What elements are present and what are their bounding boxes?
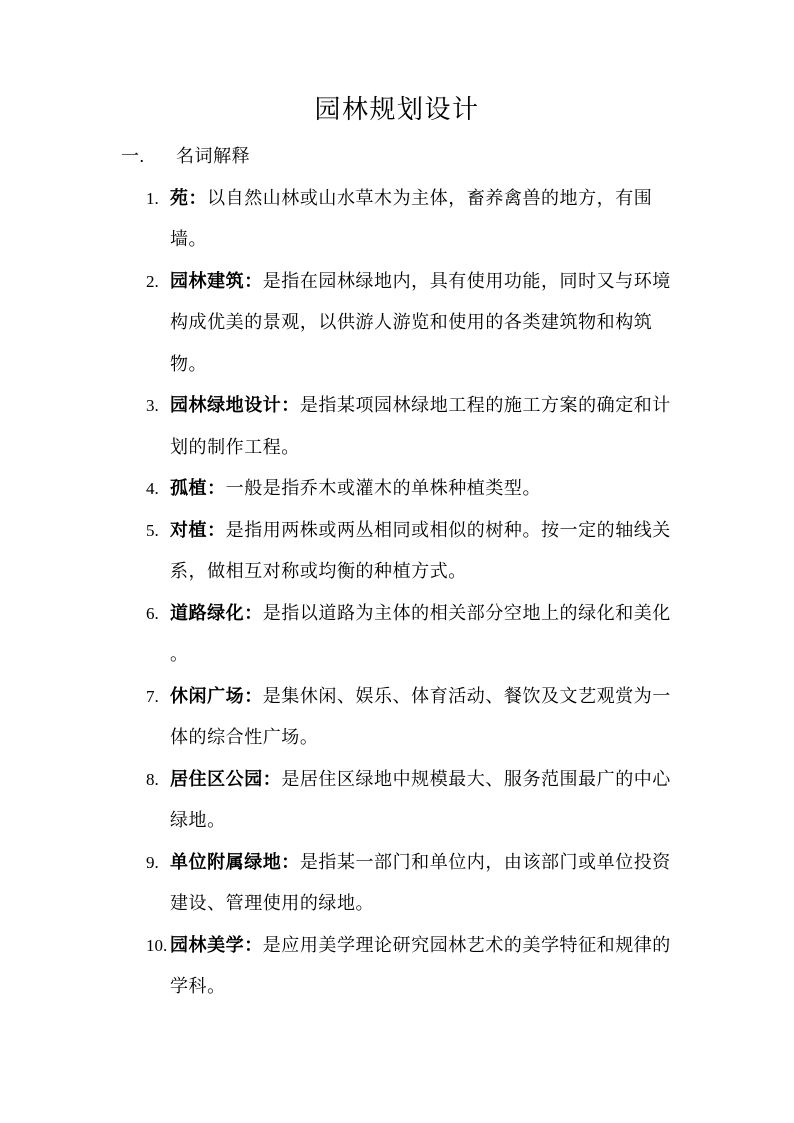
terms-list: 1. 苑：以自然山林或山水草木为主体，畜养禽兽的地方，有围墙。 2. 园林建筑：… [146, 178, 673, 1008]
term-number: 3. [146, 385, 170, 427]
section-label: 名词解释 [176, 136, 250, 178]
term-label: 苑： [170, 188, 207, 208]
term-text: 孤植：一般是指乔木或灌木的单株种植类型。 [170, 468, 672, 510]
term-item: 8. 居住区公园：是居住区绿地中规模最大、服务范围最广的中心绿地。 [146, 759, 673, 842]
document-page: 园林规划设计 一.名词解释 1. 苑：以自然山林或山水草木为主体，畜养禽兽的地方… [0, 0, 794, 1123]
term-item: 3. 园林绿地设计：是指某项园林绿地工程的施工方案的确定和计划的制作工程。 [146, 385, 673, 468]
term-item: 2. 园林建筑：是指在园林绿地内，具有使用功能，同时又与环境构成优美的景观，以供… [146, 261, 673, 386]
term-text: 休闲广场：是集休闲、娱乐、体育活动、餐饮及文艺观赏为一体的综合性广场。 [170, 676, 672, 759]
term-number: 1. [146, 178, 170, 220]
document-body: 园林规划设计 一.名词解释 1. 苑：以自然山林或山水草木为主体，畜养禽兽的地方… [0, 0, 794, 1008]
term-item: 1. 苑：以自然山林或山水草木为主体，畜养禽兽的地方，有围墙。 [146, 178, 673, 261]
term-number: 5. [146, 510, 170, 552]
term-item: 6. 道路绿化：是指以道路为主体的相关部分空地上的绿化和美化 。 [146, 593, 673, 676]
term-number: 4. [146, 468, 170, 510]
term-text: 对植：是指用两株或两丛相同或相似的树种。按一定的轴线关系，做相互对称或均衡的种植… [170, 510, 672, 593]
term-number: 7. [146, 676, 170, 718]
term-definition: 以自然山林或山水草木为主体，畜养禽兽的地方，有围墙。 [170, 188, 652, 250]
term-label: 孤植： [170, 478, 226, 498]
term-label: 道路绿化： [170, 603, 263, 623]
term-item: 10. 园林美学：是应用美学理论研究园林艺术的美学特征和规律的学科。 [146, 925, 673, 1008]
term-text: 园林绿地设计：是指某项园林绿地工程的施工方案的确定和计划的制作工程。 [170, 385, 672, 468]
term-label: 园林美学： [170, 935, 263, 955]
term-label: 园林绿地设计： [170, 395, 300, 415]
term-item: 4. 孤植：一般是指乔木或灌木的单株种植类型。 [146, 468, 673, 510]
term-label: 对植： [170, 520, 226, 540]
term-text: 园林美学：是应用美学理论研究园林艺术的美学特征和规律的学科。 [170, 925, 672, 1008]
term-definition: 一般是指乔木或灌木的单株种植类型。 [226, 478, 541, 498]
term-number: 8. [146, 759, 170, 801]
term-label: 园林建筑： [170, 271, 263, 291]
term-number: 2. [146, 261, 170, 303]
term-label: 居住区公园： [170, 769, 281, 789]
section-numeral: 一. [121, 136, 145, 178]
term-definition: 是指用两株或两丛相同或相似的树种。按一定的轴线关系，做相互对称或均衡的种植方式。 [170, 520, 671, 582]
term-number: 6. [146, 593, 170, 635]
page-title: 园林规划设计 [121, 93, 673, 127]
term-text: 园林建筑：是指在园林绿地内，具有使用功能，同时又与环境构成优美的景观，以供游人游… [170, 261, 672, 386]
term-label: 单位附属绿地： [170, 852, 300, 872]
term-number: 9. [146, 842, 170, 884]
term-number: 10. [146, 925, 170, 967]
term-label: 休闲广场： [170, 686, 263, 706]
term-item: 7. 休闲广场：是集休闲、娱乐、体育活动、餐饮及文艺观赏为一体的综合性广场。 [146, 676, 673, 759]
term-item: 9. 单位附属绿地：是指某一部门和单位内，由该部门或单位投资建设、管理使用的绿地… [146, 842, 673, 925]
term-text: 苑：以自然山林或山水草木为主体，畜养禽兽的地方，有围墙。 [170, 178, 672, 261]
term-text: 单位附属绿地：是指某一部门和单位内，由该部门或单位投资建设、管理使用的绿地。 [170, 842, 672, 925]
term-text: 道路绿化：是指以道路为主体的相关部分空地上的绿化和美化 。 [170, 593, 672, 676]
section-heading: 一.名词解释 [121, 136, 673, 178]
term-text: 居住区公园：是居住区绿地中规模最大、服务范围最广的中心绿地。 [170, 759, 672, 842]
term-item: 5. 对植：是指用两株或两丛相同或相似的树种。按一定的轴线关系，做相互对称或均衡… [146, 510, 673, 593]
